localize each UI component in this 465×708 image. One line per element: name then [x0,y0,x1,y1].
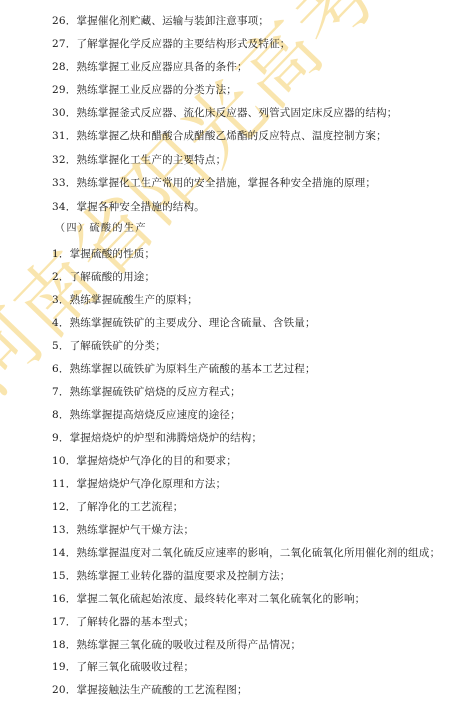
item-text: 熟练掌握硫酸生产的原料； [70,294,198,306]
item-number: 16． [52,592,76,606]
item-text: 熟练掌握三氧化硫的吸收过程及所得产品情况； [76,639,301,651]
list-item: 18．熟练掌握三氧化硫的吸收过程及所得产品情况； [52,638,301,652]
list-item: 26．掌握催化剂贮藏、运输与装卸注意事项； [52,14,269,28]
item-text: 掌握焙烧炉气净化原理和方法； [76,478,226,490]
list-item: 14．熟练掌握温度对二氧化硫反应速率的影响，二氧化硫氧化所用催化剂的组成； [52,546,440,560]
item-text: 了解净化的工艺流程； [76,501,183,513]
list-item: 32．熟练掌握化工生产的主要特点； [52,153,226,167]
item-text: 熟练掌握化工生产常用的安全措施，掌握各种安全措施的原理； [76,177,376,189]
item-text: 了解转化器的基本型式； [76,616,194,628]
item-number: 18． [52,638,76,652]
item-number: 17． [52,615,76,629]
item-text: 了解硫酸的用途； [70,271,156,283]
item-text: 熟练掌握硫铁矿焙烧的反应方程式； [70,386,241,398]
item-text: 熟练掌握炉气干燥方法； [76,524,194,536]
list-item: 11．掌握焙烧炉气净化原理和方法； [52,477,226,491]
item-number: 34． [52,200,76,214]
item-number: 26． [52,14,76,28]
item-text: 掌握硫酸的性质； [70,248,156,260]
item-text: 熟练掌握化工生产的主要特点； [76,154,226,166]
item-number: 30． [52,106,76,120]
list-item: 20．掌握接触法生产硫酸的工艺流程图； [52,683,248,697]
item-text: 了解三氧化硫吸收过程； [76,661,194,673]
item-number: 27． [52,37,76,51]
list-item: 6．熟练掌握以硫铁矿为原料生产硫酸的基本工艺过程； [52,362,316,376]
list-item: 3．熟练掌握硫酸生产的原料； [52,293,198,307]
item-text: 掌握焙烧炉气净化的目的和要求； [76,455,237,467]
item-number: 32． [52,153,76,167]
list-item: 33．熟练掌握化工生产常用的安全措施，掌握各种安全措施的原理； [52,176,376,190]
section-heading: （四）硫酸的生产 [55,222,147,236]
item-number: 15． [52,569,76,583]
item-number: 29． [52,83,76,97]
item-text: 掌握二氧化硫起始浓度、最终转化率对二氧化硫氧化的影响； [76,593,365,605]
list-item: 28．熟练掌握工业反应器应具备的条件； [52,60,248,74]
list-item: 29．熟练掌握工业反应器的分类方法； [52,83,237,97]
item-number: 6． [52,362,70,376]
item-text: 熟练掌握乙炔和醋酸合成醋酸乙烯酯的反应特点、温度控制方案； [76,130,386,142]
item-text: 熟练掌握以硫铁矿为原料生产硫酸的基本工艺过程； [70,363,316,375]
item-number: 13． [52,523,76,537]
list-item: 12．了解净化的工艺流程； [52,500,183,514]
item-text: 了解硫铁矿的分类； [70,340,166,352]
item-number: 11． [52,477,76,491]
list-item: 13．熟练掌握炉气干燥方法； [52,523,194,537]
item-number: 8． [52,408,70,422]
list-item: 7．熟练掌握硫铁矿焙烧的反应方程式； [52,385,241,399]
item-number: 3． [52,293,70,307]
item-text: 熟练掌握工业反应器应具备的条件； [76,61,247,73]
item-number: 12． [52,500,76,514]
list-item: 30．熟练掌握釜式反应器、流化床反应器、列管式固定床反应器的结构； [52,106,397,120]
list-item: 27．了解掌握化学反应器的主要结构形式及特征； [52,37,290,51]
item-text: 掌握焙烧炉的炉型和沸腾焙烧炉的结构； [70,432,263,444]
list-item: 5．了解硫铁矿的分类； [52,339,166,353]
list-item: 15．熟练掌握工业转化器的温度要求及控制方法； [52,569,290,583]
list-item: 34．掌握各种安全措施的结构。 [52,200,205,214]
list-item: 31．熟练掌握乙炔和醋酸合成醋酸乙烯酯的反应特点、温度控制方案； [52,129,387,143]
item-text: 掌握各种安全措施的结构。 [76,201,204,213]
document-page: 河南省阳光高考 26．掌握催化剂贮藏、运输与装卸注意事项； 27．了解掌握化学反… [0,0,465,708]
list-item: 19．了解三氧化硫吸收过程； [52,660,194,674]
item-text: 熟练掌握提高焙烧反应速度的途径； [70,409,241,421]
item-number: 7． [52,385,70,399]
item-number: 31． [52,129,76,143]
list-item: 8．熟练掌握提高焙烧反应速度的途径； [52,408,241,422]
list-item: 10．掌握焙烧炉气净化的目的和要求； [52,454,237,468]
list-item: 17．了解转化器的基本型式； [52,615,194,629]
list-item: 1．掌握硫酸的性质； [52,247,155,261]
list-item: 9．掌握焙烧炉的炉型和沸腾焙烧炉的结构； [52,431,262,445]
item-number: 2． [52,270,70,284]
item-number: 4． [52,316,70,330]
item-number: 28． [52,60,76,74]
item-text: 熟练掌握工业转化器的温度要求及控制方法； [76,570,290,582]
item-text: 熟练掌握温度对二氧化硫反应速率的影响，二氧化硫氧化所用催化剂的组成； [76,547,440,559]
item-text: 熟练掌握工业反应器的分类方法； [76,84,237,96]
list-item: 4．熟练掌握硫铁矿的主要成分、理论含硫量、含铁量； [52,316,316,330]
item-number: 1． [52,247,70,261]
list-item: 16．掌握二氧化硫起始浓度、最终转化率对二氧化硫氧化的影响； [52,592,365,606]
item-text: 掌握催化剂贮藏、运输与装卸注意事项； [76,15,269,27]
item-text: 掌握接触法生产硫酸的工艺流程图； [76,684,247,696]
item-text: 熟练掌握硫铁矿的主要成分、理论含硫量、含铁量； [70,317,316,329]
item-number: 14． [52,546,76,560]
item-number: 33． [52,176,76,190]
item-number: 10． [52,454,76,468]
item-number: 9． [52,431,70,445]
item-number: 5． [52,339,70,353]
item-text: 熟练掌握釜式反应器、流化床反应器、列管式固定床反应器的结构； [76,107,397,119]
list-item: 2．了解硫酸的用途； [52,270,155,284]
item-number: 19． [52,660,76,674]
item-text: 了解掌握化学反应器的主要结构形式及特征； [76,38,290,50]
item-number: 20． [52,683,76,697]
